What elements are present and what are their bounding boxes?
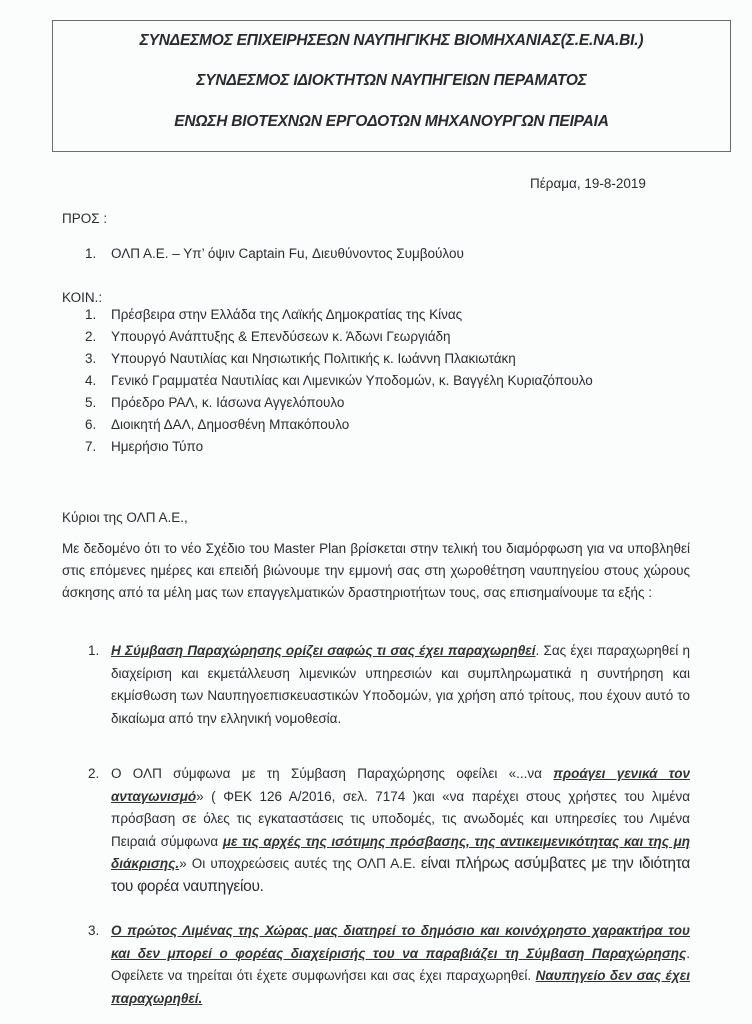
item-number: 1. (85, 304, 96, 326)
letterhead-box: ΣΥΝΔΕΣΜΟΣ ΕΠΙΧΕΙΡΗΣΕΩΝ ΝΑΥΠΗΓΙΚΗΣ ΒΙΟΜΗΧ… (52, 20, 731, 152)
cc-label: ΚΟΙΝ.: (62, 290, 102, 305)
salutation: Κύριοι της ΟΛΠ Α.Ε., (62, 510, 188, 525)
list-item: 2.Υπουργό Ανάπτυξης & Επενδύσεων κ. Άδων… (85, 326, 593, 348)
list-item: 3.Υπουργό Ναυτιλίας και Νησιωτικής Πολιτ… (85, 348, 593, 370)
recipients-label: ΠΡΟΣ : (62, 211, 107, 226)
item-number: 6. (85, 414, 96, 436)
item-text: Πρέσβειρα στην Ελλάδα της Λαϊκής Δημοκρα… (111, 307, 462, 322)
recipients-list: 1. ΟΛΠ Α.Ε. – Υπ’ όψιν Captain Fu, Διευθ… (85, 243, 464, 265)
letterhead-line-1: ΣΥΝΔΕΣΜΟΣ ΕΠΙΧΕΙΡΗΣΕΩΝ ΝΑΥΠΗΓΙΚΗΣ ΒΙΟΜΗΧ… (53, 32, 730, 50)
point-body: Ο ΟΛΠ σύμφωνα με τη Σύμβαση Παραχώρησης … (111, 766, 553, 781)
item-text: Υπουργό Ανάπτυξης & Επενδύσεων κ. Άδωνι … (111, 329, 451, 344)
cc-list: 1.Πρέσβειρα στην Ελλάδα της Λαϊκής Δημοκ… (85, 304, 593, 458)
item-text: ΟΛΠ Α.Ε. – Υπ’ όψιν Captain Fu, Διευθύνο… (111, 246, 464, 261)
underlined-emphasis: Η Σύμβαση Παραχώρησης ορίζει σαφώς τι σα… (111, 643, 535, 658)
point-1: 1. Η Σύμβαση Παραχώρησης ορίζει σαφώς τι… (88, 640, 690, 730)
item-number: 5. (85, 392, 96, 414)
point-body: » Οι υποχρεώσεις αυτές της ΟΛΠ Α.Ε. (179, 856, 421, 871)
point-3: 3. Ο πρώτος Λιμένας της Χώρας μας διατηρ… (88, 920, 690, 1010)
list-item: 5.Πρόεδρο ΡΑΛ, κ. Ιάσωνα Αγγελόπουλο (85, 392, 593, 414)
item-number: 4. (85, 370, 96, 392)
item-number: 2. (85, 326, 96, 348)
list-item: 7.Ημερήσιο Τύπο (85, 436, 593, 458)
list-item: 1. ΟΛΠ Α.Ε. – Υπ’ όψιν Captain Fu, Διευθ… (85, 243, 464, 265)
intro-paragraph: Με δεδομένο ότι το νέο Σχέδιο του Master… (62, 538, 690, 604)
list-item: 6.Διοικητή ΔΑΛ, Δημοσθένη Μπακόπουλο (85, 414, 593, 436)
point-text: Ο ΟΛΠ σύμφωνα με τη Σύμβαση Παραχώρησης … (111, 763, 690, 898)
point-text: Η Σύμβαση Παραχώρησης ορίζει σαφώς τι σα… (111, 640, 690, 730)
item-text: Διοικητή ΔΑΛ, Δημοσθένη Μπακόπουλο (111, 417, 349, 432)
item-number: 3. (85, 348, 96, 370)
point-number: 1. (88, 640, 99, 663)
list-item: 1.Πρέσβειρα στην Ελλάδα της Λαϊκής Δημοκ… (85, 304, 593, 326)
letter-page: ΣΥΝΔΕΣΜΟΣ ΕΠΙΧΕΙΡΗΣΕΩΝ ΝΑΥΠΗΓΙΚΗΣ ΒΙΟΜΗΧ… (0, 0, 752, 1024)
letter-date: Πέραμα, 19-8-2019 (530, 176, 646, 191)
letterhead-line-3: ΕΝΩΣΗ ΒΙΟΤΕΧΝΩΝ ΕΡΓΟΔΟΤΩΝ ΜΗΧΑΝΟΥΡΓΩΝ ΠΕ… (53, 113, 730, 131)
item-text: Υπουργό Ναυτιλίας και Νησιωτικής Πολιτικ… (111, 351, 516, 366)
list-item: 4.Γενικό Γραμματέα Ναυτιλίας και Λιμενικ… (85, 370, 593, 392)
point-number: 2. (88, 763, 99, 786)
item-text: Ημερήσιο Τύπο (111, 439, 203, 454)
point-2: 2. Ο ΟΛΠ σύμφωνα με τη Σύμβαση Παραχώρησ… (88, 763, 690, 898)
point-number: 3. (88, 920, 99, 943)
underlined-emphasis: Ο πρώτος Λιμένας της Χώρας μας διατηρεί … (111, 923, 690, 961)
item-text: Γενικό Γραμματέα Ναυτιλίας και Λιμενικών… (111, 373, 593, 388)
item-text: Πρόεδρο ΡΑΛ, κ. Ιάσωνα Αγγελόπουλο (111, 395, 344, 410)
point-text: Ο πρώτος Λιμένας της Χώρας μας διατηρεί … (111, 920, 690, 1010)
letterhead-line-2: ΣΥΝΔΕΣΜΟΣ ΙΔΙΟΚΤΗΤΩΝ ΝΑΥΠΗΓΕΙΩΝ ΠΕΡΑΜΑΤΟ… (53, 72, 730, 90)
item-number: 7. (85, 436, 96, 458)
item-number: 1. (85, 243, 96, 265)
